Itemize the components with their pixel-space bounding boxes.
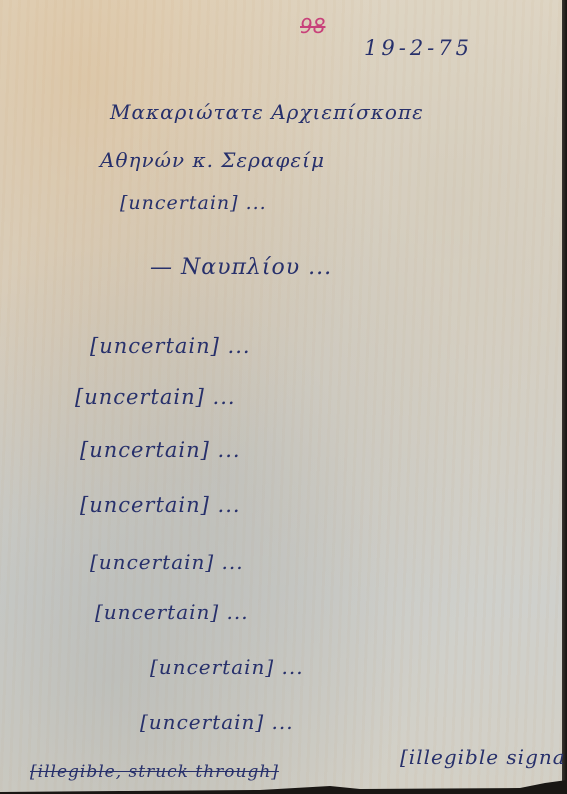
letter-line-3: [uncertain] ... (120, 192, 267, 214)
letter-line-4: — Ναυπλίου ... (150, 255, 332, 280)
letter-line-10: [uncertain] ... (95, 600, 249, 624)
letter-line-8: [uncertain] ... (80, 493, 241, 517)
letter-line-11: [uncertain] ... (150, 655, 304, 679)
letter-date: 19-2-75 (364, 36, 473, 60)
scan-edge (562, 0, 567, 794)
letter-line-5: [uncertain] ... (90, 334, 251, 358)
crossed-out-note: [illegible, struck through] (30, 762, 279, 782)
letter-line-1: Μακαριώτατε Αρχιεπίσκοπε (110, 100, 424, 124)
letter-line-9: [uncertain] ... (90, 550, 244, 574)
signature: [illegible signature] (400, 745, 567, 769)
torn-bottom-edge (0, 780, 567, 794)
archive-page-number: 98 (300, 14, 325, 38)
letter-line-2: Αθηνών κ. Σεραφείμ (100, 148, 325, 172)
letter-line-7: [uncertain] ... (80, 438, 241, 462)
letter-line-12: [uncertain] ... (140, 710, 294, 734)
letter-line-6: [uncertain] ... (75, 385, 236, 409)
